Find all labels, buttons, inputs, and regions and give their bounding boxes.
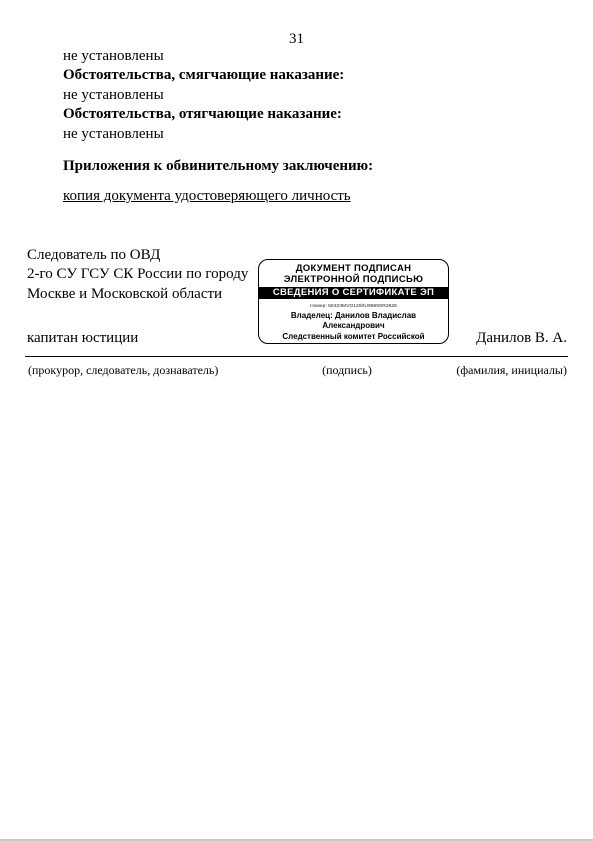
main-text-block: не установлены Обстоятельства, смягчающи… <box>63 47 563 207</box>
attachments-heading: Приложения к обвинительному заключению: <box>63 157 563 176</box>
not-established-line: не установлены <box>63 125 563 144</box>
not-established-line: не установлены <box>63 47 563 66</box>
investigator-line: Москве и Московской области <box>27 285 248 304</box>
signature-line <box>25 356 568 357</box>
stamp-title-line2: ЭЛЕКТРОННОЙ ПОДПИСЬЮ <box>259 274 448 285</box>
stamp-owner: Владелец: Данилов Владислав Александрови… <box>259 311 448 332</box>
stamp-certificate-number: Номер: 5К323MVO129/IU9969SR2626 <box>295 304 412 309</box>
digital-signature-stamp: ДОКУМЕНТ ПОДПИСАН ЭЛЕКТРОННОЙ ПОДПИСЬЮ С… <box>258 259 449 344</box>
signer-name: Данилов В. А. <box>476 330 567 347</box>
rank-text: капитан юстиции <box>27 330 138 347</box>
investigator-line: Следователь по ОВД <box>27 246 248 265</box>
page-number: 31 <box>0 31 593 48</box>
caption-official: (прокурор, следователь, дознаватель) <box>28 363 218 378</box>
document-page: 31 не установлены Обстоятельства, смягча… <box>0 0 593 841</box>
mitigating-circumstances-heading: Обстоятельства, смягчающие наказание: <box>63 66 563 85</box>
investigator-block: Следователь по ОВД 2-го СУ ГСУ СК России… <box>27 246 248 304</box>
investigator-line: 2-го СУ ГСУ СК России по городу <box>27 265 248 284</box>
aggravating-circumstances-heading: Обстоятельства, отягчающие наказание: <box>63 105 563 124</box>
not-established-line: не установлены <box>63 86 563 105</box>
caption-signature: (подпись) <box>287 363 407 378</box>
attachment-item: копия документа удостоверяющего личность <box>63 187 563 206</box>
caption-name-initials: (фамилия, инициалы) <box>456 363 567 378</box>
stamp-organization: Следственный комитет Российской Федераци… <box>259 332 448 344</box>
stamp-certificate-bar: СВЕДЕНИЯ О СЕРТИФИКАТЕ ЭП <box>259 287 448 299</box>
stamp-title-line1: ДОКУМЕНТ ПОДПИСАН <box>259 263 448 274</box>
